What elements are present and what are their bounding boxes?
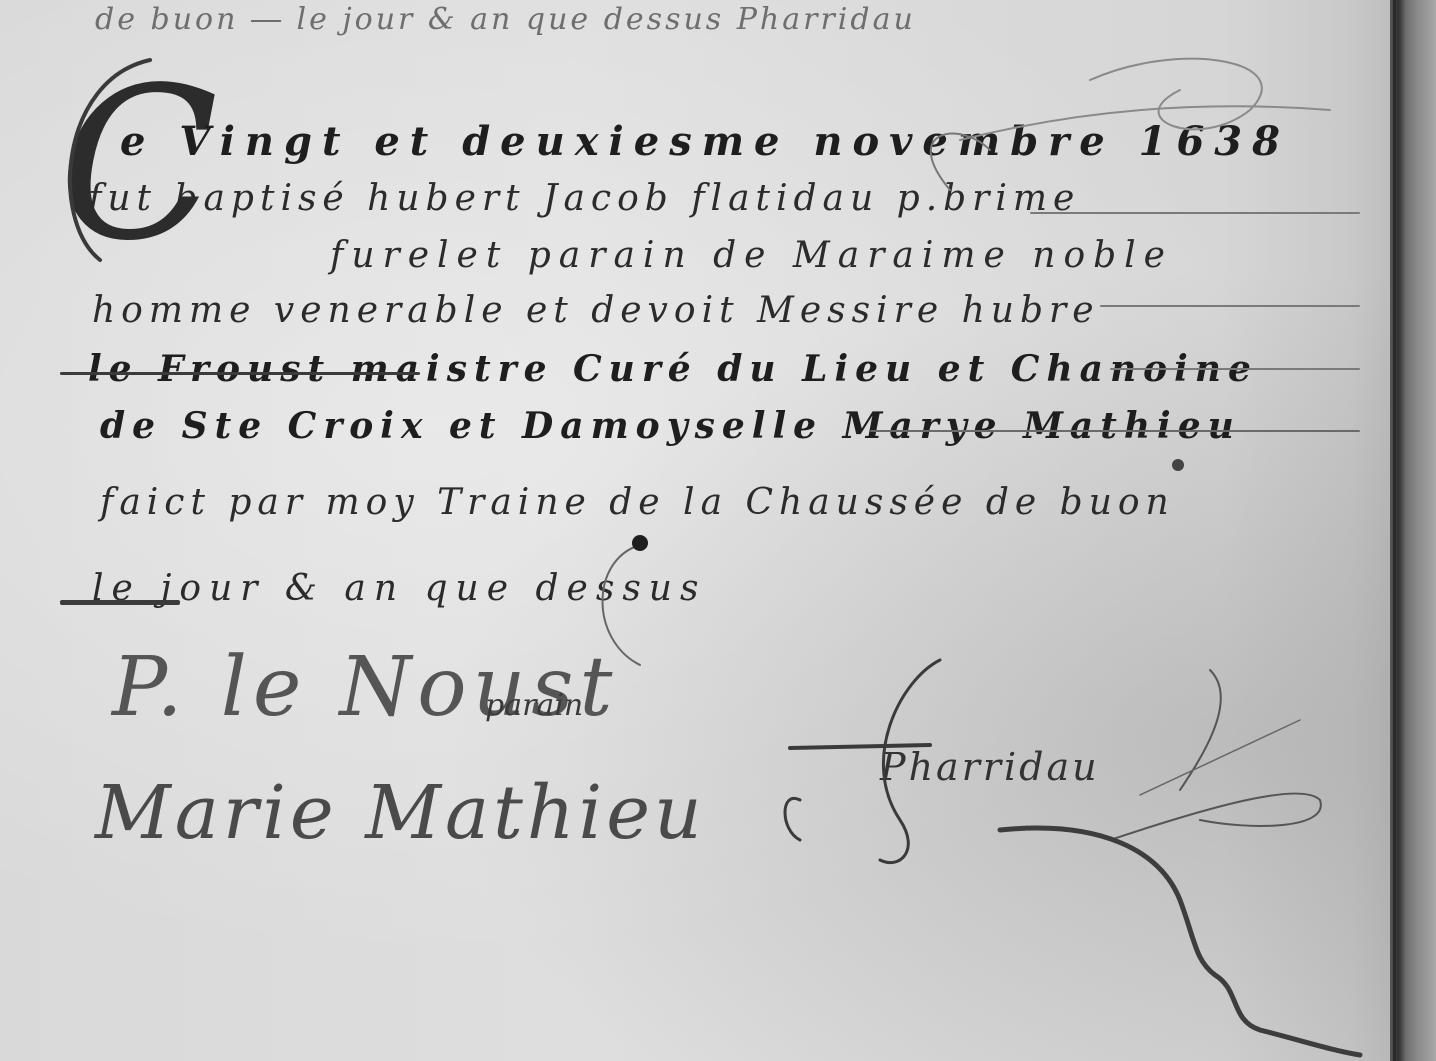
- entry-line-7: faict par moy Traine de la Chaussée de b…: [100, 482, 1175, 523]
- manuscript-page: de buon ― le jour & an que dessus Pharri…: [0, 0, 1436, 1061]
- entry-line-4: homme venerable et devoit Messire hubre: [92, 290, 1100, 331]
- decorative-initial: C: [58, 60, 219, 270]
- entry-line-3: furelet parain de Maraime noble: [330, 235, 1173, 276]
- filler-stroke: [60, 600, 180, 605]
- signature-godfather-role: parain: [485, 688, 583, 723]
- page-binding-edge: [1390, 0, 1436, 1061]
- page-binding-line: [1393, 0, 1396, 1061]
- header-fragment: de buon ― le jour & an que dessus Pharri…: [95, 2, 916, 37]
- entry-line-6: de Ste Croix et Damoyselle Marye Mathieu: [100, 405, 1241, 447]
- entry-line-2: fut baptisé hubert Jacob flatidau p.brim…: [88, 178, 1080, 219]
- filler-stroke: [1100, 305, 1360, 307]
- entry-line-8: le jour & an que dessus: [92, 568, 706, 609]
- entry-line-1: e Vingt et deuxiesme novembre 1638: [120, 118, 1290, 165]
- signature-godmother: Marie Mathieu: [95, 770, 706, 856]
- filler-stroke: [1030, 212, 1360, 214]
- signature-priest: Pharridau: [880, 745, 1100, 789]
- filler-stroke: [60, 372, 420, 375]
- filler-stroke: [1110, 368, 1360, 370]
- entry-line-5: le Froust maistre Curé du Lieu et Chanoi…: [88, 348, 1258, 390]
- filler-stroke: [870, 430, 1360, 432]
